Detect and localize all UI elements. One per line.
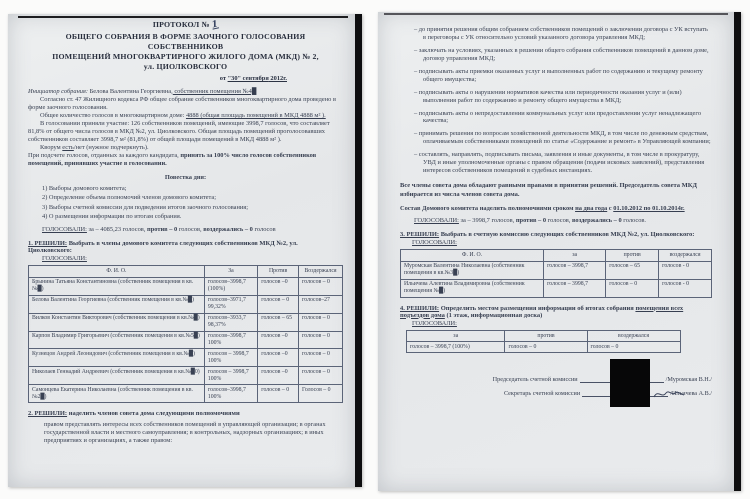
- cell-za: голосов–3998,7 (100%): [204, 277, 257, 295]
- col-za: за: [407, 330, 505, 342]
- sig-chairman-name: /Муромская В.Н./: [666, 376, 712, 383]
- signature-scribble: [652, 387, 686, 401]
- cell-protiv: голосов – 65: [258, 313, 299, 331]
- cell-za: голосов – 3998,7 100%: [204, 367, 257, 385]
- cell-vozd: голосов – 0: [299, 349, 343, 367]
- doc-date: от "30" сентября 2012г.: [28, 75, 343, 82]
- vote-result-committee: ГОЛОСОВАЛИ: за – 3998,7 голосов, против …: [414, 217, 712, 224]
- committee-vote-table: Ф. И. О. За Против Воздержался Брынина Т…: [28, 265, 343, 403]
- cell-protiv: голосов –0: [258, 367, 299, 385]
- table-header-row: Ф. И. О. за против воздержался: [401, 249, 712, 261]
- cell-protiv: голосов – 0: [505, 342, 587, 353]
- scan-edge-top-right: [384, 13, 728, 15]
- page-right: – до принятия решения общим собранием со…: [378, 12, 741, 491]
- counting-commission-table: Ф. И. О. за против воздержался Муромская…: [400, 249, 712, 298]
- quorum-line: Кворум есть/нет (нужное подчеркнуть).: [28, 144, 343, 152]
- counting-rule: При подсчете голосов, отданных за каждог…: [28, 152, 343, 168]
- decision-4-heading: 4. РЕШИЛИ: Определить местом размещения …: [400, 305, 712, 319]
- cell-vozd: голосов–27: [299, 295, 343, 313]
- cell-za: голосов–3933,7 98,37%: [204, 313, 257, 331]
- power-bullet: – принимать решения по вопросам хозяйств…: [414, 130, 712, 146]
- cell-name: Кузнецов Андрей Леонидович (собственник …: [29, 349, 205, 367]
- redaction-box: [610, 359, 650, 407]
- cell-name: Брынина Татьяна Константиновна (собствен…: [29, 277, 205, 295]
- table-row: Брынина Татьяна Константиновна (собствен…: [29, 277, 343, 295]
- power-bullet: – подписывать акты приемки оказанных усл…: [414, 68, 712, 84]
- col-protiv: против: [505, 330, 587, 342]
- table-row: Ильичева Алевтина Владимировна (собствен…: [401, 279, 712, 297]
- decision-2-body: правом представлять интересы всех собств…: [44, 421, 344, 445]
- initiator-line: Инициатор собрания: Белова Валентина Гео…: [28, 88, 343, 96]
- cell-name: Ильичева Алевтина Владимировна (собствен…: [401, 279, 544, 297]
- agenda-item: 2) Определение объема полномочий членов …: [42, 193, 343, 203]
- table-row: Вилков Константин Викторович (собственни…: [29, 313, 343, 331]
- cell-vozd: голосов – 0: [587, 342, 680, 353]
- cell-vozd: Голосов – 0: [299, 385, 343, 403]
- col-fio: Ф. И. О.: [401, 249, 544, 261]
- protocol-number-handwritten: 1: [211, 19, 220, 32]
- table-row: Муромская Валентина Николаевна (собствен…: [401, 261, 712, 279]
- table-row: Белова Валентина Георгиевна (собственник…: [29, 295, 343, 313]
- power-bullet: – до принятия решения общим собранием со…: [414, 26, 712, 42]
- col-vozd: Воздержался: [299, 265, 343, 277]
- protocol-label: ПРОТОКОЛ №: [153, 20, 212, 29]
- doc-title-line3: ПОМЕЩЕНИЙ МНОГОКВАРТИРНОГО ЖИЛОГО ДОМА (…: [28, 52, 343, 62]
- cell-za: голосов – 3998,7: [544, 279, 606, 297]
- table-header-row: Ф. И. О. За Против Воздержался: [29, 265, 343, 277]
- decision-2-heading: 2. РЕШИЛИ: наделить членов совета дома с…: [28, 410, 343, 417]
- cell-protiv: голосов –0: [258, 349, 299, 367]
- decision-3-heading: 3. РЕШИЛИ: Выбрать в счетную комиссию сл…: [400, 231, 712, 238]
- scan-edge-top-left: [18, 16, 348, 18]
- col-fio: Ф. И. О.: [29, 265, 205, 277]
- cell-protiv: голосов –0: [258, 277, 299, 295]
- table-header-row: за против воздержался: [407, 330, 681, 342]
- doc-title-line1: ПРОТОКОЛ № 1: [28, 20, 343, 32]
- cell-vozd: голосов - 0: [659, 261, 712, 279]
- cell-name: Белова Валентина Георгиевна (собственник…: [29, 295, 205, 313]
- cell-za: голосов – 3998,7: [544, 261, 606, 279]
- page-left: ПРОТОКОЛ № 1 ОБЩЕГО СОБРАНИЯ В ФОРМЕ ЗАО…: [8, 14, 362, 487]
- cell-name: Карпов Владимир Григорьевич (собственник…: [29, 331, 205, 349]
- doc-title-line2: ОБЩЕГО СОБРАНИЯ В ФОРМЕ ЗАОЧНОГО ГОЛОСОВ…: [28, 32, 343, 52]
- agenda-list: 1) Выборы домового комитета;2) Определен…: [28, 184, 343, 222]
- col-za: за: [544, 249, 606, 261]
- col-protiv: Против: [258, 265, 299, 277]
- cell-vozd: голосов – 0: [299, 331, 343, 349]
- paragraph-basis: Согласно ст. 47 Жилищного кодекса РФ общ…: [28, 96, 343, 112]
- col-vozd: воздержался: [659, 249, 712, 261]
- sig-chairman-label: Председатель счетной комиссии: [468, 376, 578, 383]
- voted-label-3: ГОЛОСОВАЛИ:: [412, 239, 712, 247]
- sig-secretary-label: Секретарь счетной комиссии: [468, 390, 580, 397]
- cell-vozd: голосов – 0: [299, 277, 343, 295]
- powers-bullet-list: – до принятия решения общим собранием со…: [400, 26, 712, 175]
- cell-za: голосов – 3998,7 100%: [204, 349, 257, 367]
- table-row: Кузнецов Андрей Леонидович (собственник …: [29, 349, 343, 367]
- cell-protiv: голосов – 0: [606, 279, 659, 297]
- vote-result-agenda: ГОЛОСОВАЛИ: за – 4085,23 голосов, против…: [42, 226, 343, 233]
- cell-protiv: голосов – 65: [606, 261, 659, 279]
- power-bullet: – подписывать акты о нарушении нормативо…: [414, 89, 712, 105]
- cell-vozd: голосов – 0: [299, 313, 343, 331]
- cell-za: голосов–3998,7 100%: [204, 331, 257, 349]
- paragraph-participation: В голосовании приняли участие: 126 собст…: [28, 120, 343, 144]
- voted-label-1: ГОЛОСОВАЛИ:: [42, 255, 343, 263]
- equal-rights-note: Все члены совета дома обладают равными п…: [400, 182, 712, 199]
- decision-1-heading: 1. РЕШИЛИ: Выбрать в члены домового коми…: [28, 240, 343, 254]
- col-protiv: против: [606, 249, 659, 261]
- table-row: Самонцева Екатерина Николаевна (собствен…: [29, 385, 343, 403]
- cell-protiv: голосов –0: [258, 331, 299, 349]
- power-bullet: – подписывать акты о непредоставлении ко…: [414, 110, 712, 126]
- power-bullet: – заключать на условиях, указанных в реш…: [414, 47, 712, 63]
- power-bullet: – составлять, направлять, подписывать пи…: [414, 151, 712, 175]
- agenda-title: Повестка дня:: [28, 174, 343, 182]
- agenda-item: 1) Выборы домового комитета;: [42, 184, 343, 194]
- info-placement-vote-table: за против воздержался голосов – 3998,7 (…: [406, 330, 681, 354]
- cell-vozd: голосов - 0: [659, 279, 712, 297]
- doc-title-line4: ул. ЦИОЛКОВСКОГО: [28, 62, 343, 72]
- voted-label-4: ГОЛОСОВАЛИ:: [412, 320, 712, 328]
- cell-name: Муромская Валентина Николаевна (собствен…: [401, 261, 544, 279]
- cell-protiv: голосов – 0: [258, 385, 299, 403]
- cell-name: Самонцева Екатерина Николаевна (собствен…: [29, 385, 205, 403]
- agenda-item: 4) О размещении информации по итогам соб…: [42, 212, 343, 222]
- cell-za: голосов–3998,7 100%: [204, 385, 257, 403]
- cell-name: Николаев Геннадий Андреевич (собственник…: [29, 367, 205, 385]
- col-za: За: [204, 265, 257, 277]
- term-line: Состав Домового комитета наделить полном…: [400, 205, 712, 213]
- cell-za: голосов–3971,7 99,32%: [204, 295, 257, 313]
- agenda-item: 3) Выборы счетной комиссии для подведени…: [42, 203, 343, 213]
- cell-name: Вилков Константин Викторович (собственни…: [29, 313, 205, 331]
- table-row: Карпов Владимир Григорьевич (собственник…: [29, 331, 343, 349]
- cell-protiv: голосов – 0: [258, 295, 299, 313]
- col-vozd: воздержался: [587, 330, 680, 342]
- signature-block: Председатель счетной комиссии /Муромская…: [400, 375, 712, 397]
- cell-vozd: голосов – 0: [299, 367, 343, 385]
- paragraph-total-votes: Общее количество голосов в многоквартирн…: [28, 112, 343, 120]
- table-row: голосов – 3998,7 (100%) голосов – 0 голо…: [407, 342, 681, 353]
- cell-za: голосов – 3998,7 (100%): [407, 342, 505, 353]
- table-row: Николаев Геннадий Андреевич (собственник…: [29, 367, 343, 385]
- signature-row-chairman: Председатель счетной комиссии /Муромская…: [468, 375, 712, 383]
